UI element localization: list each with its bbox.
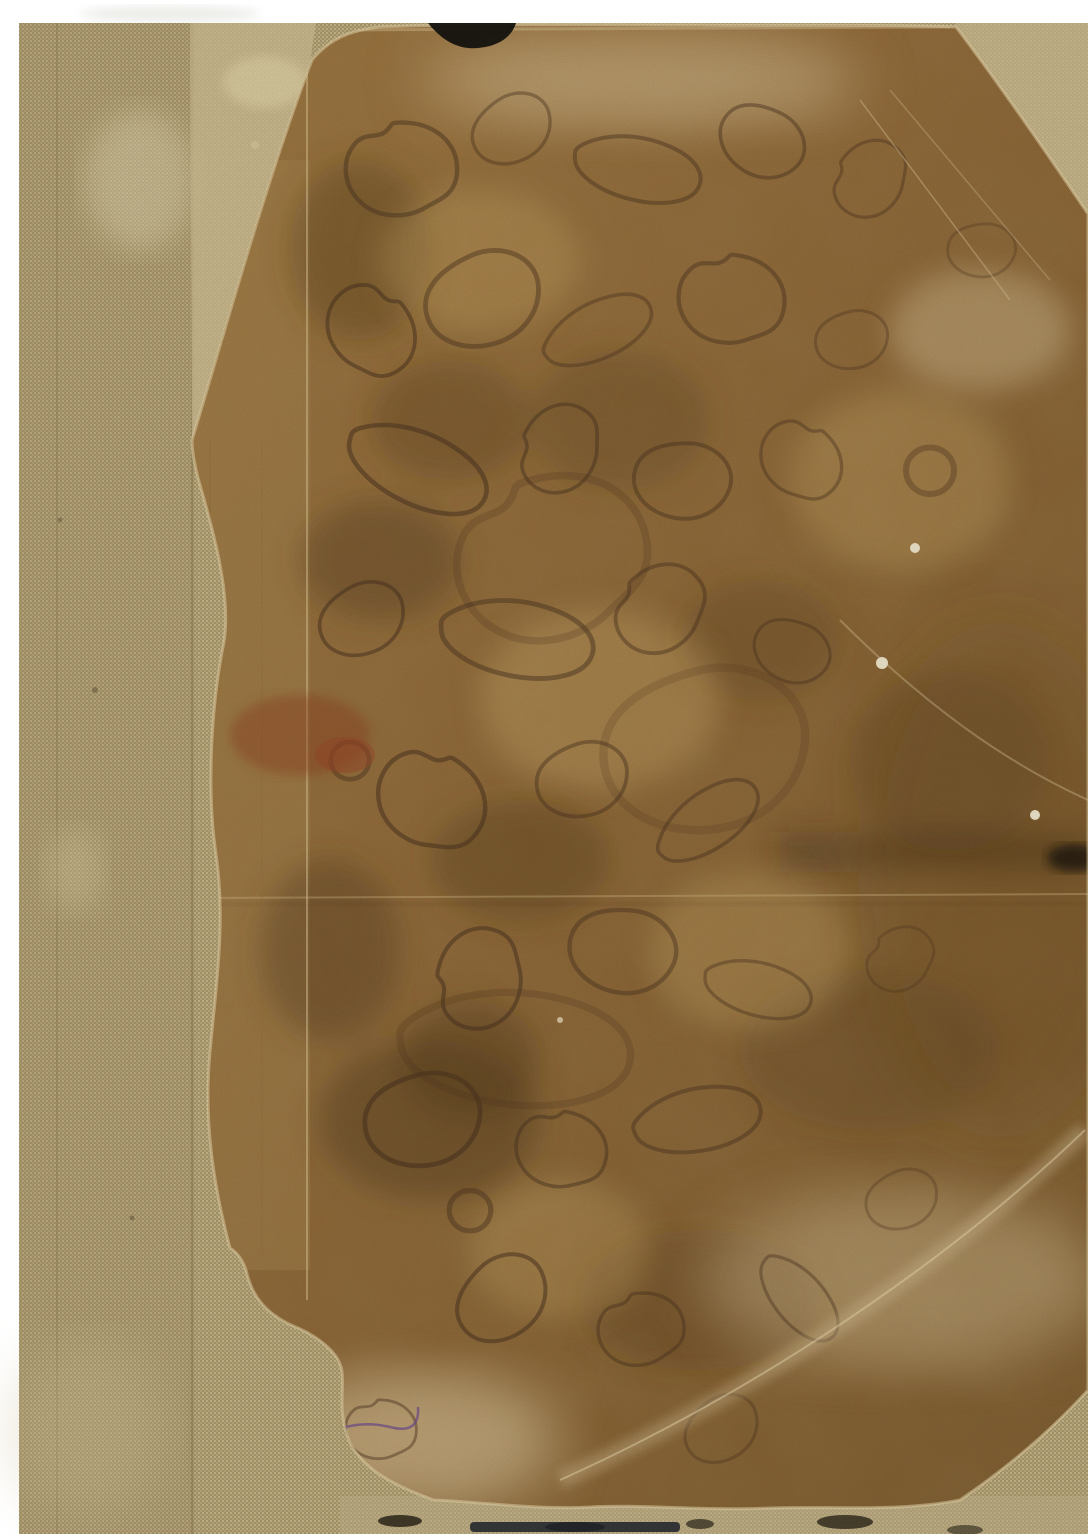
book-cover-scan [0,0,1088,1534]
surface-grain [19,23,1088,1534]
scanner-smudge [80,6,260,22]
book-cover-illustration [0,0,1088,1534]
